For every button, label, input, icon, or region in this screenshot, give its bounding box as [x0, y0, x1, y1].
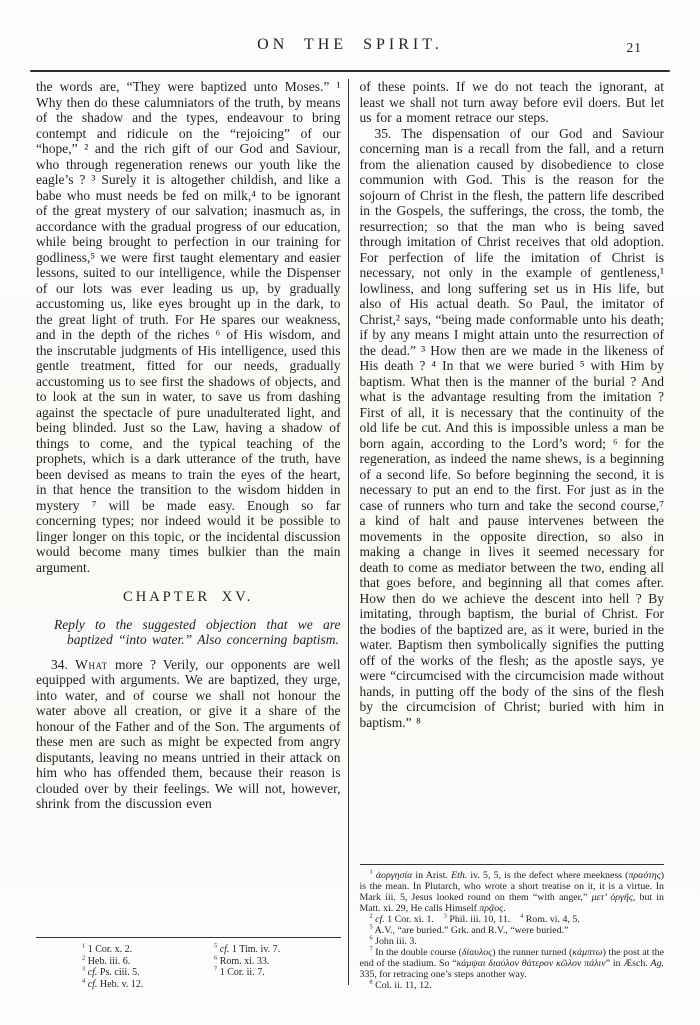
footnotes-left: 1 1 Cor. x. 2. 2 Heb. iii. 6. 3 cf. Ps. … — [36, 938, 341, 991]
footnote-item: 8 Col. ii. 11, 12. — [360, 980, 665, 991]
book-page: ON THE SPIRIT. 21 the words are, “They w… — [0, 0, 700, 1025]
footnote-column-1: 1 1 Cor. x. 2. 2 Heb. iii. 6. 3 cf. Ps. … — [82, 944, 214, 991]
footnote-item: 6 Rom. xi. 33. — [214, 956, 341, 968]
footnote-block-right: 1 ἀοργησία in Arist. Eth. iv. 5, 5, is t… — [360, 864, 665, 991]
paragraph-section-35: 35. The dispensation of our God and Savi… — [360, 126, 665, 731]
footnote-item: 5 cf. 1 Tim. iv. 7. — [214, 944, 341, 956]
chapter-heading: CHAPTER XV. — [36, 590, 341, 606]
footnote-block-left: 1 1 Cor. x. 2. 2 Heb. iii. 6. 3 cf. Ps. … — [36, 937, 341, 991]
footnote-item: 5 A.V., “are buried.” Grk. and R.V., “we… — [360, 925, 665, 936]
footnote-item: 2 cf. 1 Cor. xi. 1. 3 Phil. iii. 10, 11.… — [360, 914, 665, 925]
footnote-item: 1 1 Cor. x. 2. — [82, 944, 214, 956]
left-column: the words are, “They were baptized unto … — [36, 79, 341, 991]
footnote-column-2: 5 cf. 1 Tim. iv. 7. 6 Rom. xi. 33. 7 1 C… — [214, 944, 341, 991]
footnotes-right: 1 ἀοργησία in Arist. Eth. iv. 5, 5, is t… — [360, 865, 665, 991]
paragraph-continuation-left: the words are, “They were baptized unto … — [36, 79, 341, 575]
footnote-item: 3 cf. Ps. ciii. 5. — [82, 967, 214, 979]
footnote-item: 6 John iii. 3. — [360, 936, 665, 947]
footnote-item: 7 1 Cor. ii. 7. — [214, 967, 341, 979]
page-number: 21 — [627, 40, 643, 56]
footnote-item: 2 Heb. iii. 6. — [82, 956, 214, 968]
footnote-item: 7 In the double course (δίαυλος) the run… — [360, 947, 665, 980]
section-number: 34. — [51, 657, 75, 672]
page-title: ON THE SPIRIT. — [257, 36, 443, 53]
footnote-item: 1 ἀοργησία in Arist. Eth. iv. 5, 5, is t… — [360, 870, 665, 914]
section-text: more ? Verily, our opponents are well eq… — [36, 657, 341, 812]
paragraph-section-34: 34. What more ? Verily, our opponents ar… — [36, 657, 341, 812]
paragraph-continuation-right: of these points. If we do not teach the … — [360, 79, 665, 126]
header-rule — [30, 70, 670, 72]
footnote-item: 4 cf. Heb. v. 12. — [82, 979, 214, 991]
chapter-summary: Reply to the suggested objection that we… — [36, 617, 341, 648]
running-head: ON THE SPIRIT. — [0, 36, 700, 54]
section-lead-word: What — [75, 657, 108, 672]
right-column: of these points. If we do not teach the … — [360, 79, 665, 991]
text-columns: the words are, “They were baptized unto … — [36, 79, 664, 991]
